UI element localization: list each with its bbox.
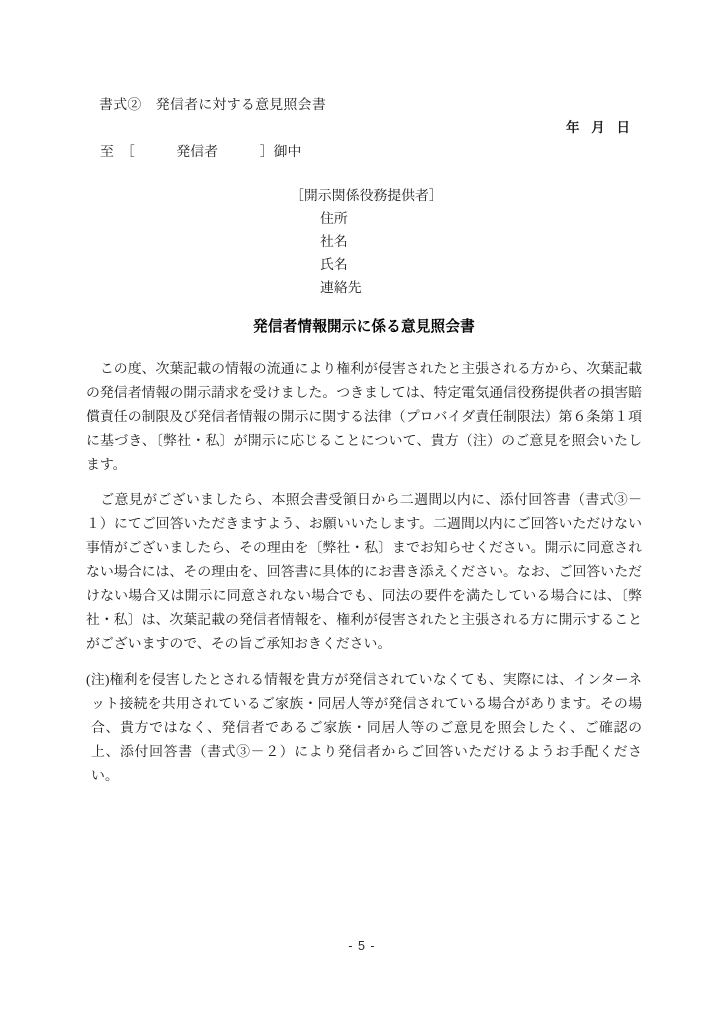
document-title: 発信者情報開示に係る意見照会書 — [86, 316, 642, 338]
page-number: - 5 - — [0, 939, 724, 953]
addressee-line: 至 ［ 発信者 ］御中 — [100, 142, 642, 164]
provider-field-name: 氏名 — [320, 254, 642, 277]
provider-field-list: 住所 社名 氏名 連絡先 — [320, 208, 642, 300]
provider-field-contact: 連絡先 — [320, 277, 642, 300]
provider-info-block: ［開示関係役務提供者］ 住所 社名 氏名 連絡先 — [86, 186, 642, 300]
provider-field-company: 社名 — [320, 231, 642, 254]
document-content: 書式② 発信者に対する意見照会書 年 月 日 至 ［ 発信者 ］御中 ［開示関係… — [0, 0, 724, 789]
body-paragraph-1: この度、次葉記載の情報の流通により権利が侵害されたと主張される方から、次葉記載の… — [86, 358, 642, 478]
date-blank-line: 年 月 日 — [86, 117, 642, 139]
form-number-label: 書式② 発信者に対する意見照会書 — [99, 95, 642, 117]
body-paragraph-2: ご意見がございましたら、本照会書受領日から二週間以内に、添付回答書（書式③－１）… — [86, 489, 642, 657]
provider-field-address: 住所 — [320, 208, 642, 231]
document-page: 書式② 発信者に対する意見照会書 年 月 日 至 ［ 発信者 ］御中 ［開示関係… — [0, 0, 724, 1024]
provider-block-heading: ［開示関係役務提供者］ — [290, 186, 642, 208]
note-paragraph: (注)権利を侵害したとされる情報を貴方が発信されていなくても、実際には、インター… — [86, 669, 642, 789]
